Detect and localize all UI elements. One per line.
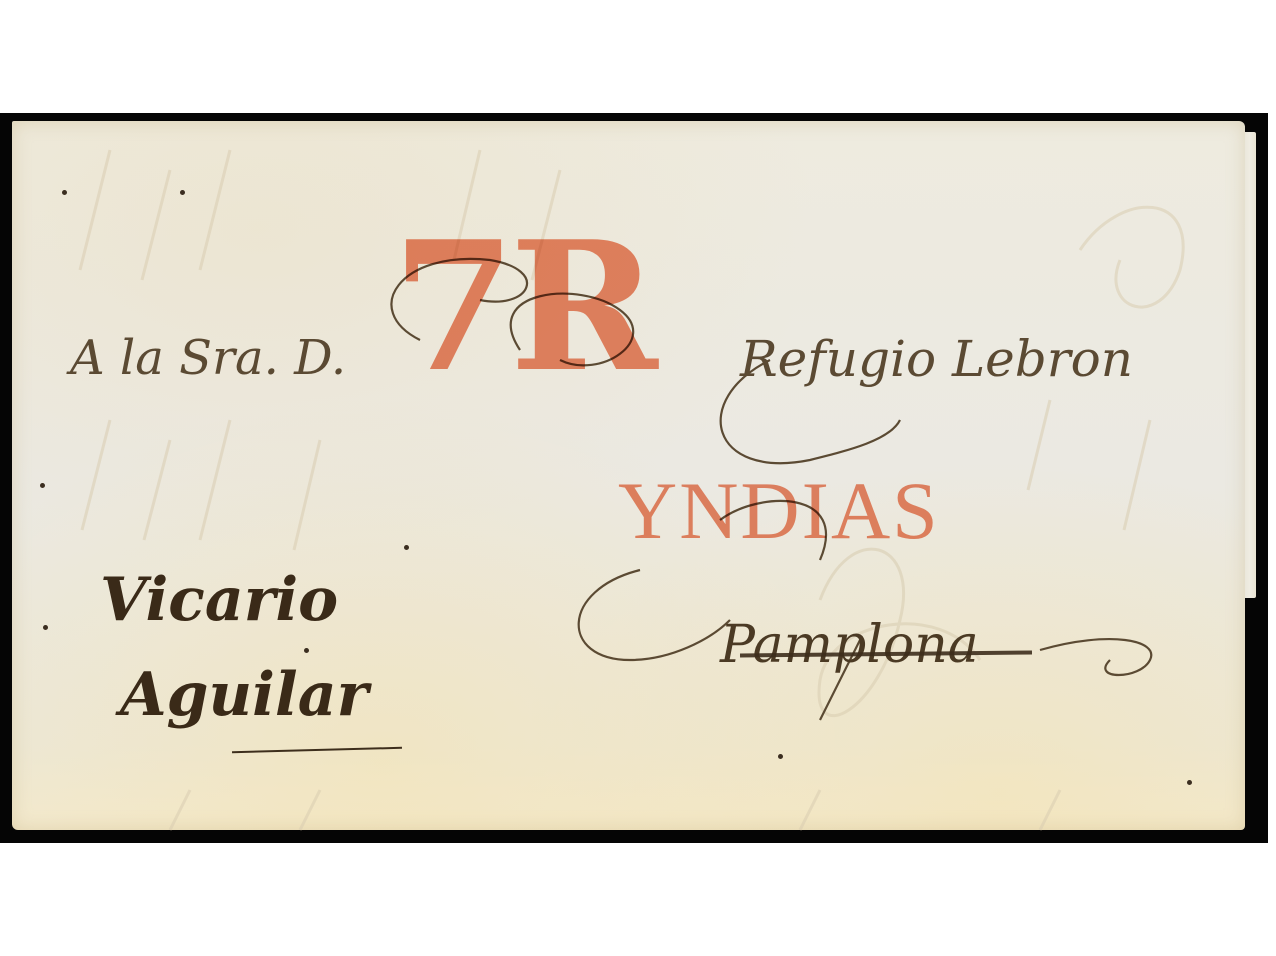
origin-handstamp: YNDIAS: [618, 470, 940, 552]
ink-spot: [180, 190, 185, 195]
address-recipient-name: Refugio Lebron: [740, 330, 1133, 388]
ink-spot: [404, 545, 409, 550]
ink-spot: [778, 754, 783, 759]
address-salutation: A la Sra. D.: [70, 330, 346, 386]
ink-spot: [43, 625, 48, 630]
sender-note-line2: Aguilar: [120, 660, 368, 730]
address-city: Pamplona: [720, 615, 979, 675]
ink-spot: [1187, 780, 1192, 785]
ink-spot: [304, 648, 309, 653]
sender-note-line1: Vicario: [100, 565, 338, 635]
ink-spot: [62, 190, 67, 195]
rate-handstamp: 7R: [392, 218, 652, 396]
ink-spot: [40, 483, 45, 488]
